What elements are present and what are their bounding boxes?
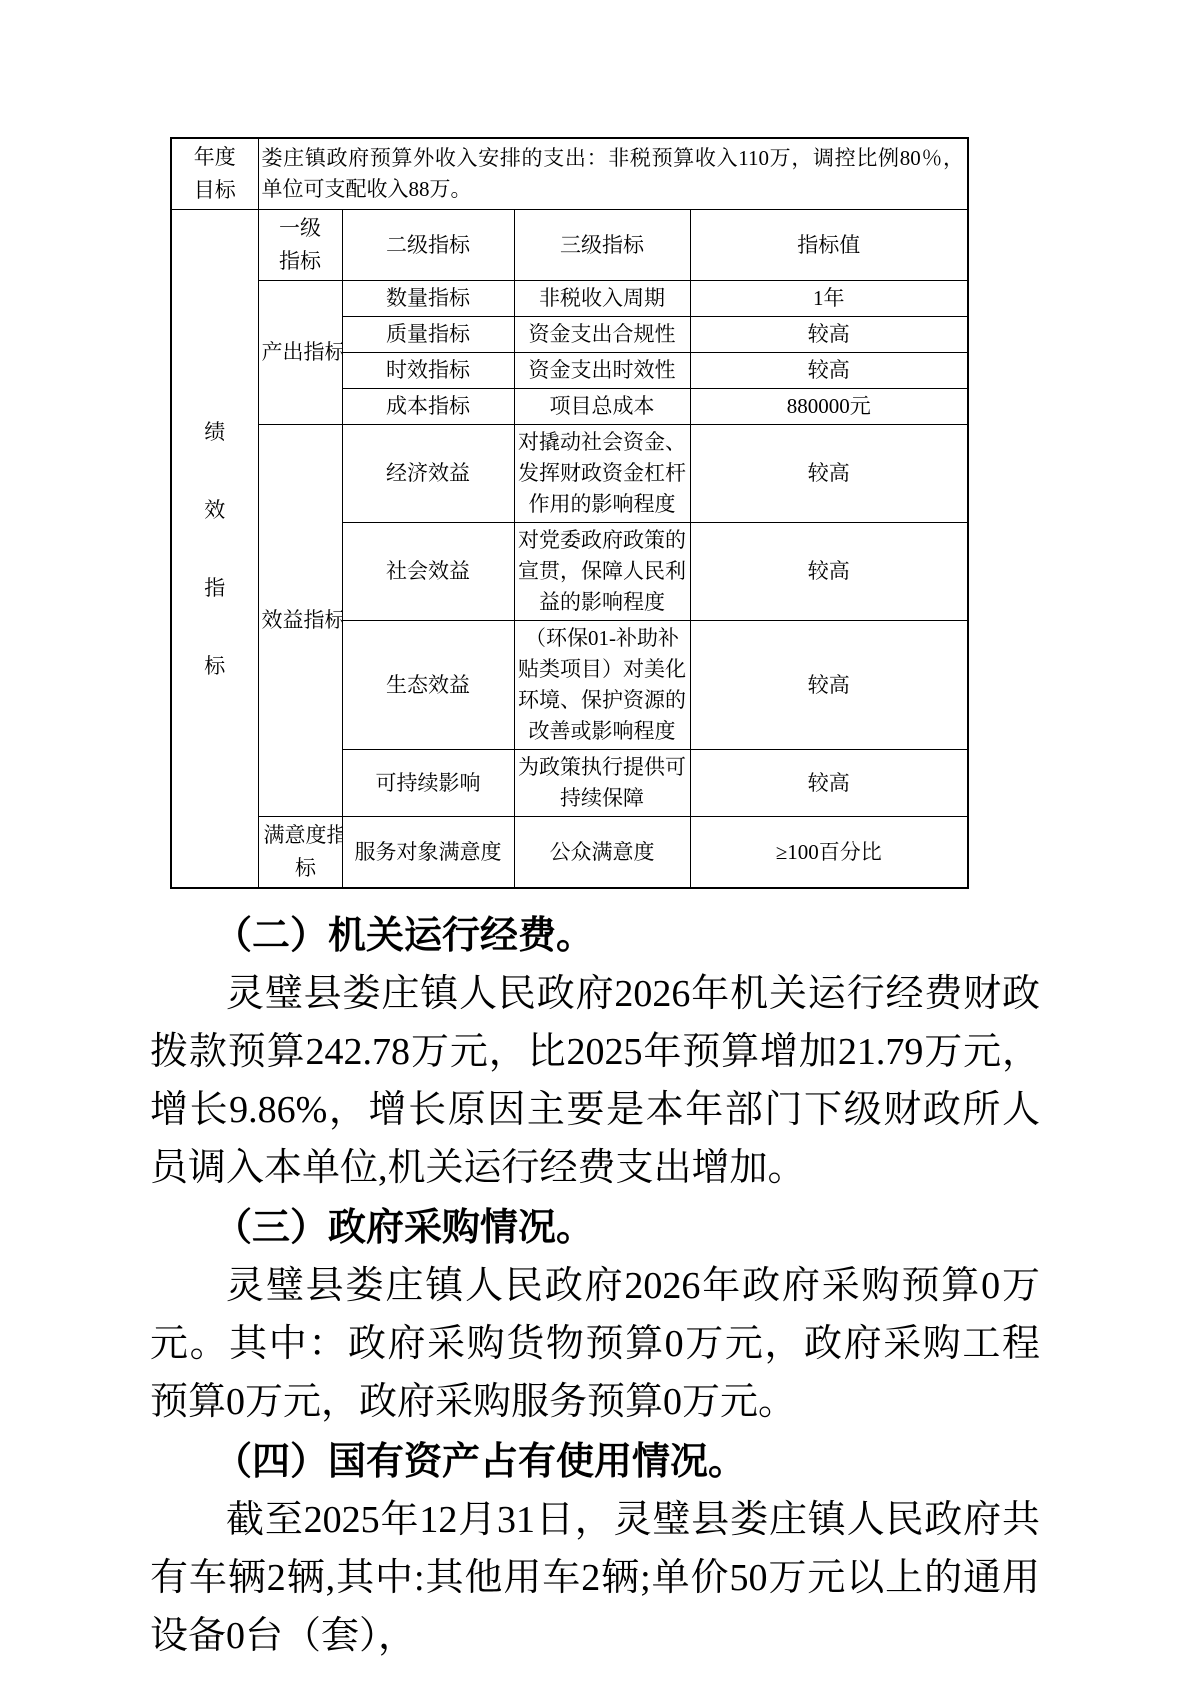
group-benefit-indicators: 效益指标 <box>258 425 342 817</box>
level3-cell: 资金支出合规性 <box>514 317 690 353</box>
header-value: 指标值 <box>690 210 968 281</box>
paragraph-operating-expenses: 灵璧县娄庄镇人民政府2026年机关运行经费财政拨款预算242.78万元，比202… <box>150 965 1040 1197</box>
annual-goal-content: 娄庄镇政府预算外收入安排的支出：非税预算收入110万，调控比例80％，单位可支配… <box>258 138 968 210</box>
level3-cell: 非税收入周期 <box>514 281 690 317</box>
indicator-row: 满意度指标 服务对象满意度 公众满意度 ≥100百分比 <box>171 817 968 889</box>
paragraph-state-assets: 截至2025年12月31日，灵璧县娄庄镇人民政府共有车辆2辆,其中:其他用车2辆… <box>150 1491 1040 1665</box>
level3-cell: 项目总成本 <box>514 389 690 425</box>
level2-cell: 可持续影响 <box>342 750 514 817</box>
header-level2: 二级指标 <box>342 210 514 281</box>
level3-cell: （环保01-补助补贴类项目）对美化环境、保护资源的改善或影响程度 <box>514 621 690 750</box>
value-cell: ≥100百分比 <box>690 817 968 889</box>
document-body: （二）机关运行经费。 灵璧县娄庄镇人民政府2026年机关运行经费财政拨款预算24… <box>150 905 1040 1665</box>
level2-cell: 数量指标 <box>342 281 514 317</box>
level3-cell: 对党委政府政策的宣贯，保障人民利益的影响程度 <box>514 523 690 621</box>
level2-cell: 成本指标 <box>342 389 514 425</box>
paragraph-procurement: 灵璧县娄庄镇人民政府2026年政府采购预算0万元。其中：政府采购货物预算0万元，… <box>150 1257 1040 1431</box>
level3-cell: 对撬动社会资金、发挥财政资金杠杆作用的影响程度 <box>514 425 690 523</box>
indicator-row: 效益指标 经济效益 对撬动社会资金、发挥财政资金杠杆作用的影响程度 较高 <box>171 425 968 523</box>
level2-cell: 生态效益 <box>342 621 514 750</box>
level3-cell: 资金支出时效性 <box>514 353 690 389</box>
performance-indicator-label: 绩效指标 <box>203 393 227 705</box>
section-heading-operating-expenses: （二）机关运行经费。 <box>150 905 1040 965</box>
document-page: 年度目标 娄庄镇政府预算外收入安排的支出：非税预算收入110万，调控比例80％，… <box>0 0 1190 1684</box>
level2-cell: 质量指标 <box>342 317 514 353</box>
annual-goal-label: 年度目标 <box>193 141 237 207</box>
value-cell: 较高 <box>690 353 968 389</box>
performance-indicators-table: 年度目标 娄庄镇政府预算外收入安排的支出：非税预算收入110万，调控比例80％，… <box>170 137 969 889</box>
level2-cell: 社会效益 <box>342 523 514 621</box>
level2-cell: 时效指标 <box>342 353 514 389</box>
header-level3: 三级指标 <box>514 210 690 281</box>
section-heading-procurement: （三）政府采购情况。 <box>150 1197 1040 1257</box>
value-cell: 880000元 <box>690 389 968 425</box>
value-cell: 较高 <box>690 523 968 621</box>
value-cell: 较高 <box>690 750 968 817</box>
annual-goal-row: 年度目标 娄庄镇政府预算外收入安排的支出：非税预算收入110万，调控比例80％，… <box>171 138 968 210</box>
performance-indicator-label-cell: 绩效指标 <box>171 210 258 889</box>
section-heading-state-assets: （四）国有资产占有使用情况。 <box>150 1431 1040 1491</box>
value-cell: 较高 <box>690 621 968 750</box>
indicator-row: 产出指标 数量指标 非税收入周期 1年 <box>171 281 968 317</box>
indicator-header-row: 绩效指标 一级指标 二级指标 三级指标 指标值 <box>171 210 968 281</box>
value-cell: 较高 <box>690 425 968 523</box>
annual-goal-label-cell: 年度目标 <box>171 138 258 210</box>
level2-cell: 服务对象满意度 <box>342 817 514 889</box>
group-satisfaction-indicators: 满意度指标 <box>258 817 342 889</box>
group-output-indicators: 产出指标 <box>258 281 342 425</box>
level3-cell: 为政策执行提供可持续保障 <box>514 750 690 817</box>
level3-cell: 公众满意度 <box>514 817 690 889</box>
header-level1: 一级指标 <box>258 210 342 281</box>
value-cell: 1年 <box>690 281 968 317</box>
level2-cell: 经济效益 <box>342 425 514 523</box>
value-cell: 较高 <box>690 317 968 353</box>
